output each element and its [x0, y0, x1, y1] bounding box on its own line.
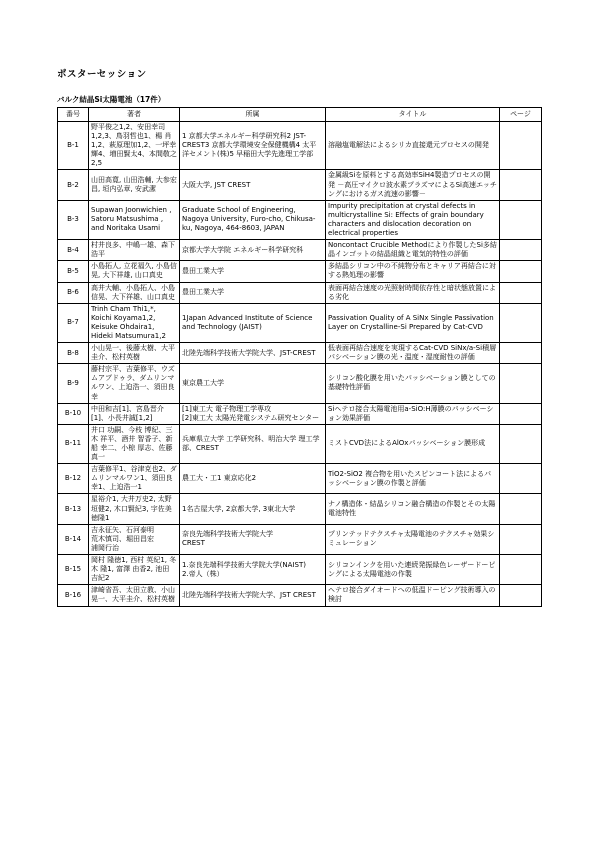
row-number-cell: B-12 — [58, 464, 89, 494]
row-number-cell: B-1 — [58, 122, 89, 170]
authors-cell: Supawan Joonwichien , Satoru Matsushima … — [89, 200, 180, 239]
table-row: B-7 Trinh Cham Thi1,*, Koichi Koyama1,2,… — [58, 303, 542, 342]
page-cell — [500, 585, 542, 606]
affiliation-cell: 1 京都大学エネルギー科学研究科2 JST-CREST3 京都大学環境安全保健機… — [180, 122, 326, 170]
table-row: B-5 小島拓人, 立花福久, 小島信晃, 大下祥雄, 山口真史 豊田工業大学 … — [58, 261, 542, 282]
affiliation-cell: 京都大学大学院 エネルギー科学研究科 — [180, 240, 326, 261]
document-page: ポスターセッション バルク結晶Si太陽電池（17件） 番号 著者 所属 タイトル… — [0, 0, 595, 842]
page-cell — [500, 282, 542, 303]
row-number-cell: B-3 — [58, 200, 89, 239]
row-number-cell: B-7 — [58, 303, 89, 342]
table-row: B-15 岡村 隆徳1, 西村 英紀1, 冬木 隆1, 富澤 由香2, 池田 吉… — [58, 555, 542, 585]
affiliation-cell: 奈良先端科学技術大学院大学 CREST — [180, 524, 326, 554]
affiliation-cell: 1.奈良先端科学技術大学院大学(NAIST) 2.帝人（株） — [180, 555, 326, 585]
authors-cell: 吉葉修平1、谷津克也2、ダムリンマルワン1、須田良幸1、上迫浩一1 — [89, 464, 180, 494]
page-cell — [500, 122, 542, 170]
title-cell: Noncontact Crucible Methodにより作製したSi多結晶イン… — [326, 240, 500, 261]
row-number-cell: B-5 — [58, 261, 89, 282]
section-heading: バルク結晶Si太陽電池（17件） — [57, 94, 543, 105]
row-number-cell: B-4 — [58, 240, 89, 261]
affiliation-cell: 兵庫県立大学 工学研究科、明治大学 理工学部、CREST — [180, 424, 326, 463]
title-cell: 金属級Siを原料とする高効率SiH4製造プロセスの開発 －高圧マイクロ波水素プラ… — [326, 170, 500, 200]
title-cell: 多結晶シリコン中の不純物分布とキャリア再結合に対する熱処理の影響 — [326, 261, 500, 282]
affiliation-cell: 北陸先端科学技術大学院大学、JST-CREST — [180, 343, 326, 364]
title-cell: ミストCVD法によるAlOxパッシベーション膜形成 — [326, 424, 500, 463]
authors-cell: 吉永征矢、石河泰明 荒木慎司、堀田昌宏 浦岡行治 — [89, 524, 180, 554]
column-header-page: ページ — [500, 108, 542, 122]
row-number-cell: B-14 — [58, 524, 89, 554]
table-row: B-3 Supawan Joonwichien , Satoru Matsush… — [58, 200, 542, 239]
affiliation-cell: Graduate School of Engineering, Nagoya U… — [180, 200, 326, 239]
page-cell — [500, 524, 542, 554]
row-number-cell: B-9 — [58, 364, 89, 403]
title-cell: シリコンインクを用いた連続発振緑色レーザードーピングによる太陽電池の作製 — [326, 555, 500, 585]
title-cell: 表面再結合速度の光照射時間依存性と暗状態放置による劣化 — [326, 282, 500, 303]
authors-cell: 井口 功嗣、今枝 博紀、三木 祥平、酒井 智香子、新船 幸二、小椋 厚志、佐藤 … — [89, 424, 180, 463]
page-cell — [500, 343, 542, 364]
affiliation-cell: [1]東工大 電子物理工学専攻 [2]東工大 太陽光発電システム研究センター — [180, 403, 326, 424]
table-row: B-6 高井大輔、小島拓人、小島信晃、大下祥雄、山口真史 豊田工業大学 表面再結… — [58, 282, 542, 303]
authors-cell: Trinh Cham Thi1,*, Koichi Koyama1,2, Kei… — [89, 303, 180, 342]
table-row: B-16 津崎省吾、太田立教、小山晃一、大平圭介、松村英樹 北陸先端科学技術大学… — [58, 585, 542, 606]
row-number-cell: B-6 — [58, 282, 89, 303]
affiliation-cell: 豊田工業大学 — [180, 282, 326, 303]
title-cell: Impurity precipitation at crystal defect… — [326, 200, 500, 239]
page-cell — [500, 303, 542, 342]
title-cell: シリコン酸化膜を用いたパッシベーション膜としての基礎特性評価 — [326, 364, 500, 403]
page-cell — [500, 261, 542, 282]
page-content: ポスターセッション バルク結晶Si太陽電池（17件） 番号 著者 所属 タイトル… — [57, 66, 543, 607]
authors-cell: 高井大輔、小島拓人、小島信晃、大下祥雄、山口真史 — [89, 282, 180, 303]
table-row: B-10 中田和吉[1]、宮島晋介[1]、小長井誠[1,2] [1]東工大 電子… — [58, 403, 542, 424]
table-row: B-1 野平俊之1,2、安田幸司1,2,3、鳥羽哲也1、楊 肖1,2、萩原理加1… — [58, 122, 542, 170]
row-number-cell: B-8 — [58, 343, 89, 364]
title-cell: プリンテッドテクスチャ太陽電池のテクスチャ効果シミュレーション — [326, 524, 500, 554]
page-title: ポスターセッション — [57, 66, 543, 80]
page-cell — [500, 364, 542, 403]
table-row: B-11 井口 功嗣、今枝 博紀、三木 祥平、酒井 智香子、新船 幸二、小椋 厚… — [58, 424, 542, 463]
page-cell — [500, 200, 542, 239]
authors-cell: 山田高寛, 山田浩輔, 大参宏昌, 垣内弘章, 安武潔 — [89, 170, 180, 200]
title-cell: TiO2-SiO2 複合物を用いたスピンコート法によるパッシベーション膜の作製と… — [326, 464, 500, 494]
affiliation-cell: 北陸先端科学技術大学院大学、JST CREST — [180, 585, 326, 606]
affiliation-cell: 大阪大学, JST CREST — [180, 170, 326, 200]
poster-session-table: 番号 著者 所属 タイトル ページ B-1 野平俊之1,2、安田幸司1,2,3、… — [57, 107, 542, 607]
row-number-cell: B-11 — [58, 424, 89, 463]
table-header-row: 番号 著者 所属 タイトル ページ — [58, 108, 542, 122]
authors-cell: 星裕介1, 大井万史2, 太野垣健2, 木口賢紀3, 宇佐美徳隆1 — [89, 494, 180, 524]
affiliation-cell: 東京農工大学 — [180, 364, 326, 403]
title-cell: ナノ構造体・結晶シリコン融合構造の作製とその太陽電池特性 — [326, 494, 500, 524]
page-cell — [500, 403, 542, 424]
authors-cell: 小島拓人, 立花福久, 小島信晃, 大下祥雄, 山口真史 — [89, 261, 180, 282]
column-header-affiliation: 所属 — [180, 108, 326, 122]
authors-cell: 小山晃一、後藤太樹、大平圭介、松村英樹 — [89, 343, 180, 364]
affiliation-cell: 1Japan Advanced Institute of Science and… — [180, 303, 326, 342]
title-cell: Siヘテロ接合太陽電池用a-SiO:H薄膜のパッシベーション効果評価 — [326, 403, 500, 424]
title-cell: Passivation Quality of A SiNx Single Pas… — [326, 303, 500, 342]
row-number-cell: B-10 — [58, 403, 89, 424]
table-row: B-4 村井良多、中嶋一雄、森下浩平 京都大学大学院 エネルギー科学研究科 No… — [58, 240, 542, 261]
authors-cell: 中田和吉[1]、宮島晋介[1]、小長井誠[1,2] — [89, 403, 180, 424]
table-row: B-13 星裕介1, 大井万史2, 太野垣健2, 木口賢紀3, 宇佐美徳隆1 1… — [58, 494, 542, 524]
row-number-cell: B-16 — [58, 585, 89, 606]
column-header-authors: 著者 — [89, 108, 180, 122]
column-header-number: 番号 — [58, 108, 89, 122]
row-number-cell: B-2 — [58, 170, 89, 200]
page-cell — [500, 170, 542, 200]
page-cell — [500, 555, 542, 585]
table-row: B-2 山田高寛, 山田浩輔, 大参宏昌, 垣内弘章, 安武潔 大阪大学, JS… — [58, 170, 542, 200]
table-row: B-9 藤村宗平、吉葉修平、ウズムアブドゥラ、ダムリンマルワン、上迫浩一、須田良… — [58, 364, 542, 403]
table-row: B-8 小山晃一、後藤太樹、大平圭介、松村英樹 北陸先端科学技術大学院大学、JS… — [58, 343, 542, 364]
authors-cell: 津崎省吾、太田立教、小山晃一、大平圭介、松村英樹 — [89, 585, 180, 606]
affiliation-cell: 豊田工業大学 — [180, 261, 326, 282]
authors-cell: 岡村 隆徳1, 西村 英紀1, 冬木 隆1, 富澤 由香2, 池田 吉紀2 — [89, 555, 180, 585]
title-cell: 低表面再結合速度を実現するCat-CVD SiNx/a-Si積層パシベーション膜… — [326, 343, 500, 364]
page-cell — [500, 494, 542, 524]
row-number-cell: B-13 — [58, 494, 89, 524]
authors-cell: 村井良多、中嶋一雄、森下浩平 — [89, 240, 180, 261]
authors-cell: 野平俊之1,2、安田幸司1,2,3、鳥羽哲也1、楊 肖1,2、萩原理加1,2、一… — [89, 122, 180, 170]
table-row: B-14 吉永征矢、石河泰明 荒木慎司、堀田昌宏 浦岡行治 奈良先端科学技術大学… — [58, 524, 542, 554]
page-cell — [500, 424, 542, 463]
affiliation-cell: 農工大・工1 東京応化2 — [180, 464, 326, 494]
affiliation-cell: 1名古屋大学, 2京都大学, 3東北大学 — [180, 494, 326, 524]
row-number-cell: B-15 — [58, 555, 89, 585]
title-cell: 溶融塩電解法によるシリカ直接還元プロセスの開発 — [326, 122, 500, 170]
title-cell: ヘテロ接合ダイオードへの低温ドーピング技術導入の検討 — [326, 585, 500, 606]
page-cell — [500, 464, 542, 494]
column-header-title: タイトル — [326, 108, 500, 122]
table-row: B-12 吉葉修平1、谷津克也2、ダムリンマルワン1、須田良幸1、上迫浩一1 農… — [58, 464, 542, 494]
authors-cell: 藤村宗平、吉葉修平、ウズムアブドゥラ、ダムリンマルワン、上迫浩一、須田良幸 — [89, 364, 180, 403]
page-cell — [500, 240, 542, 261]
